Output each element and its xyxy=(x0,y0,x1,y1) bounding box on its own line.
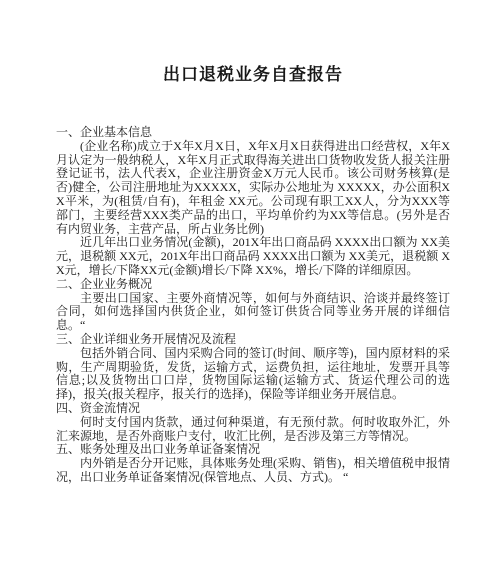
paragraph: 何时支付国内货款，通过何种渠道，有无预付款。何时收取外汇，外汇来源地，是否外商账… xyxy=(56,416,450,444)
document-page: 出口退税业务自查报告 一、企业基本信息(企业名称)成立于X年X月X日，X年X月X… xyxy=(0,0,500,588)
document-body: 一、企业基本信息(企业名称)成立于X年X月X日，X年X月X日获得进出口经营权，X… xyxy=(56,126,450,485)
paragraph: 近几年出口业务情况(金额)，201X年出口商品码 XXXX出口额为 XX美元，退… xyxy=(56,236,450,277)
paragraph: 主要出口国家、主要外商情况等，如何与外商结识、洽谈并最终签订合同，如何选择国内供… xyxy=(56,292,450,333)
document-title: 出口退税业务自查报告 xyxy=(56,62,450,88)
section-heading: 三、企业详细业务开展情况及流程 xyxy=(56,333,450,347)
paragraph: (企业名称)成立于X年X月X日，X年X月X日获得进出口经营权，X年X月认定为一般… xyxy=(56,140,450,237)
section-heading: 二、企业业务概况 xyxy=(56,278,450,292)
paragraph: 内外销是否分开记账，具体账务处理(采购、销售)，相关增值税申报情况，出口业务单证… xyxy=(56,457,450,485)
paragraph: 包括外销合同、国内采购合同的签订(时间、顺序等)，国内原材料的采购，生产周期验货… xyxy=(56,347,450,402)
section-heading: 四、资金流情况 xyxy=(56,402,450,416)
section-heading: 一、企业基本信息 xyxy=(56,126,450,140)
